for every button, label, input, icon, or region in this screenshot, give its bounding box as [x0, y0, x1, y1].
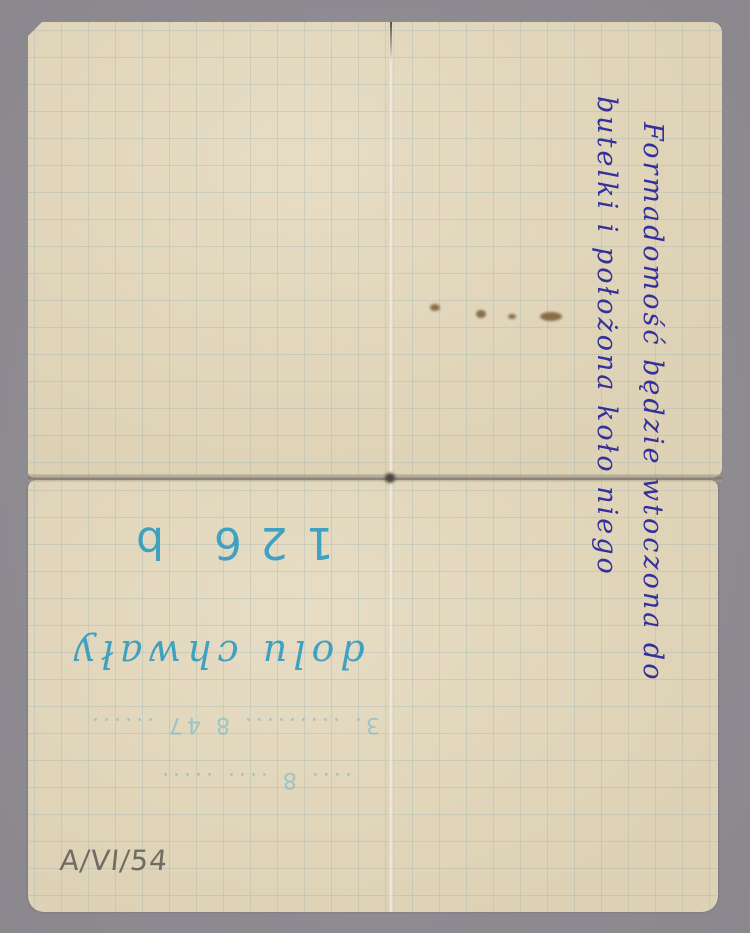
handwritten-line-1: Formadomość będzie wtoczona do	[637, 122, 668, 682]
stain-spot	[430, 304, 440, 311]
stain-spot	[508, 314, 516, 319]
vertical-fold-line	[388, 22, 394, 912]
show-through-number: 126 b	[118, 517, 334, 568]
stain-spot	[476, 310, 486, 318]
paper-sheet: 126 b dolu chwały 3. ......... 8 47 ....…	[28, 22, 722, 912]
show-through-faint-line-1: 3. ......... 8 47 ......	[88, 712, 380, 737]
show-through-faint-line-2: .... 8 .... .....	[158, 767, 352, 792]
fold-intersection-mark	[385, 473, 395, 483]
handwritten-line-2: butelki i położona koło niego	[591, 96, 622, 577]
show-through-words: dolu chwały	[68, 632, 365, 676]
archive-signature: A/VI/54	[58, 844, 170, 877]
stain-spot	[540, 312, 562, 321]
